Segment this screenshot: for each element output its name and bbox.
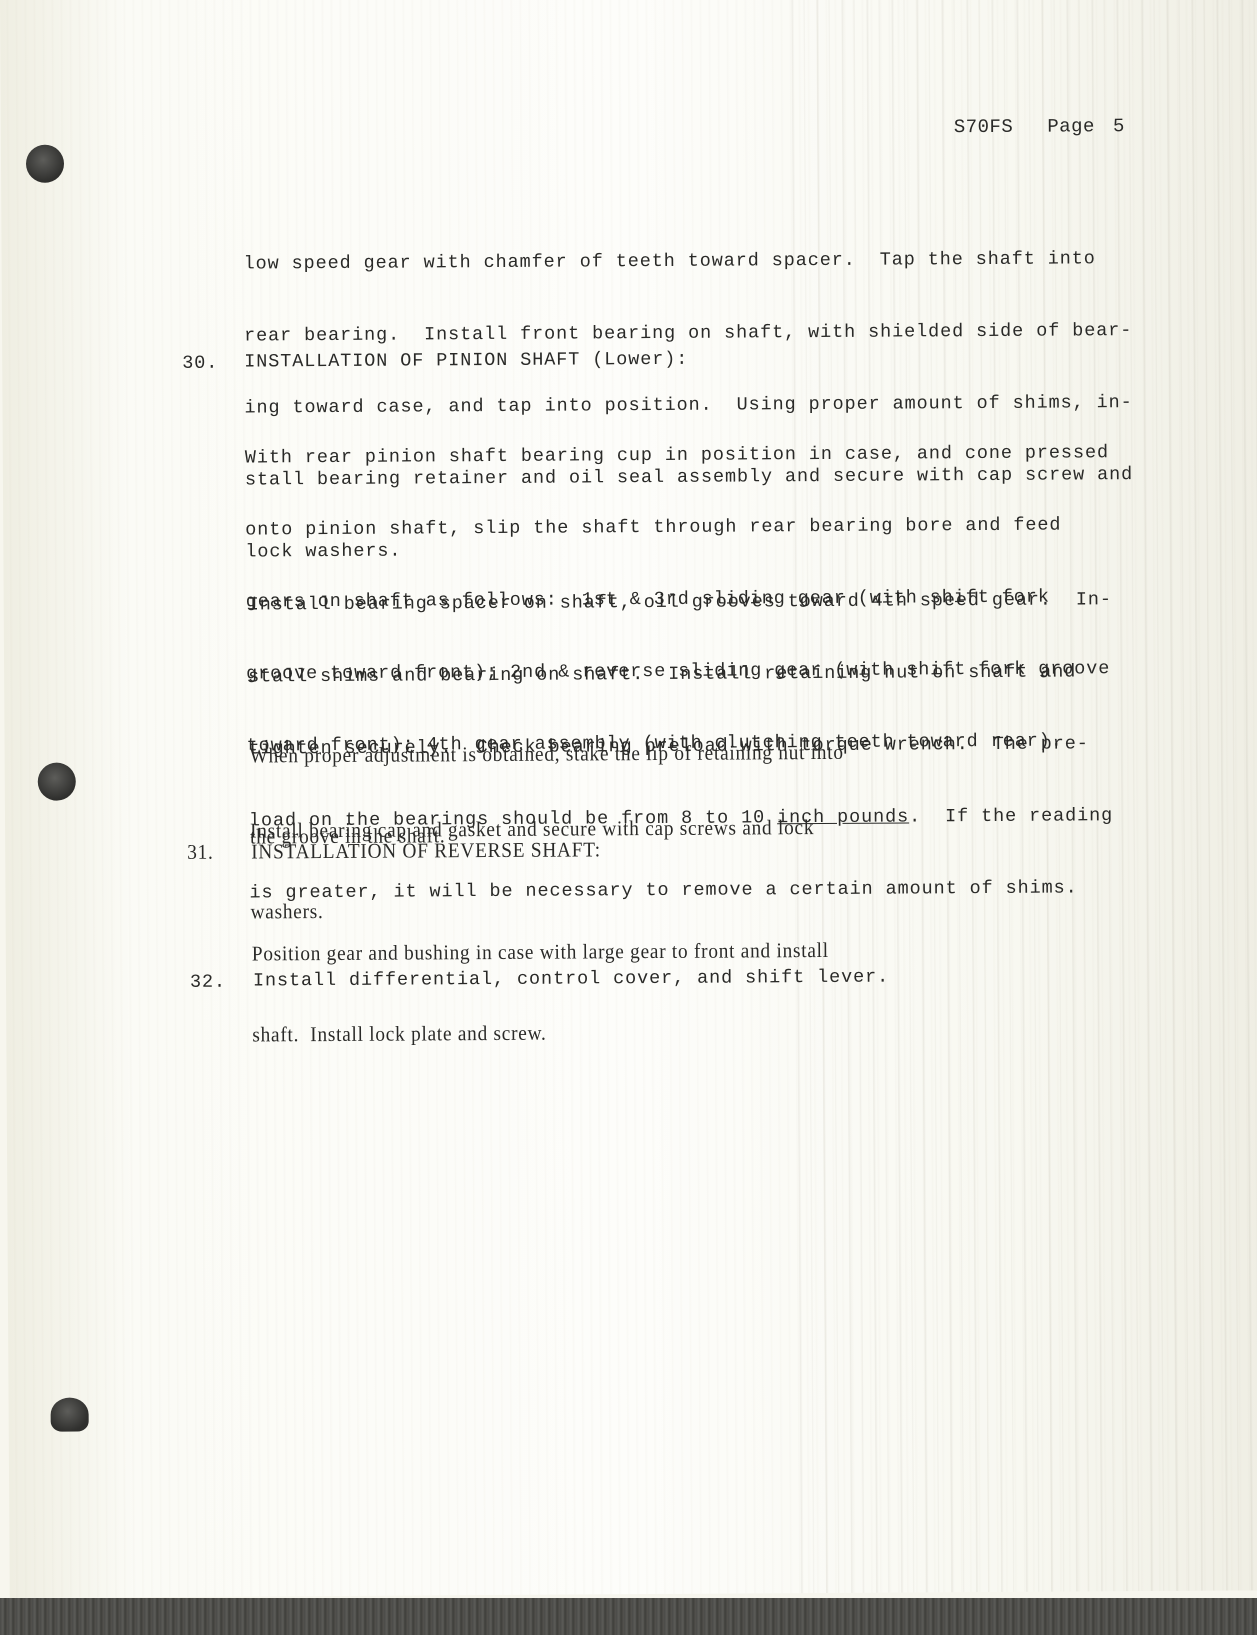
section-title-31: INSTALLATION OF REVERSE SHAFT:: [251, 836, 601, 865]
text-line: With rear pinion shaft bearing cup in po…: [245, 441, 1109, 470]
text-line: low speed gear with chamfer of teeth tow…: [244, 247, 1132, 276]
page-header: S70FSPage5: [954, 115, 1159, 138]
text-line: onto pinion shaft, slip the shaft throug…: [245, 513, 1109, 542]
document-code: S70FS: [954, 116, 1014, 138]
page-label: Page: [1047, 115, 1095, 137]
section-title-30: INSTALLATION OF PINION SHAFT (Lower):: [244, 348, 688, 375]
section-text-32: Install differential, control cover, and…: [253, 966, 889, 994]
text-line: Install bearing spacer on shaft, oil gro…: [248, 588, 1112, 617]
binder-hole-middle: [38, 763, 76, 801]
section-number-30: 30.: [182, 353, 218, 374]
section-number-31: 31.: [187, 839, 214, 866]
text-line: Position gear and bushing in case with l…: [252, 937, 829, 968]
section-number-32: 32.: [190, 972, 226, 993]
text-span: . If the reading: [909, 805, 1113, 827]
binder-hole-top: [26, 145, 64, 183]
text-line: shaft. Install lock plate and screw.: [252, 1018, 829, 1049]
page-number: 5: [1113, 115, 1125, 137]
scanner-bottom-edge: [0, 1598, 1257, 1635]
binder-hole-bottom: [51, 1397, 89, 1431]
text-line: rear bearing. Install front bearing on s…: [244, 319, 1132, 348]
scanned-page: S70FSPage5 low speed gear with chamfer o…: [0, 0, 1257, 1598]
